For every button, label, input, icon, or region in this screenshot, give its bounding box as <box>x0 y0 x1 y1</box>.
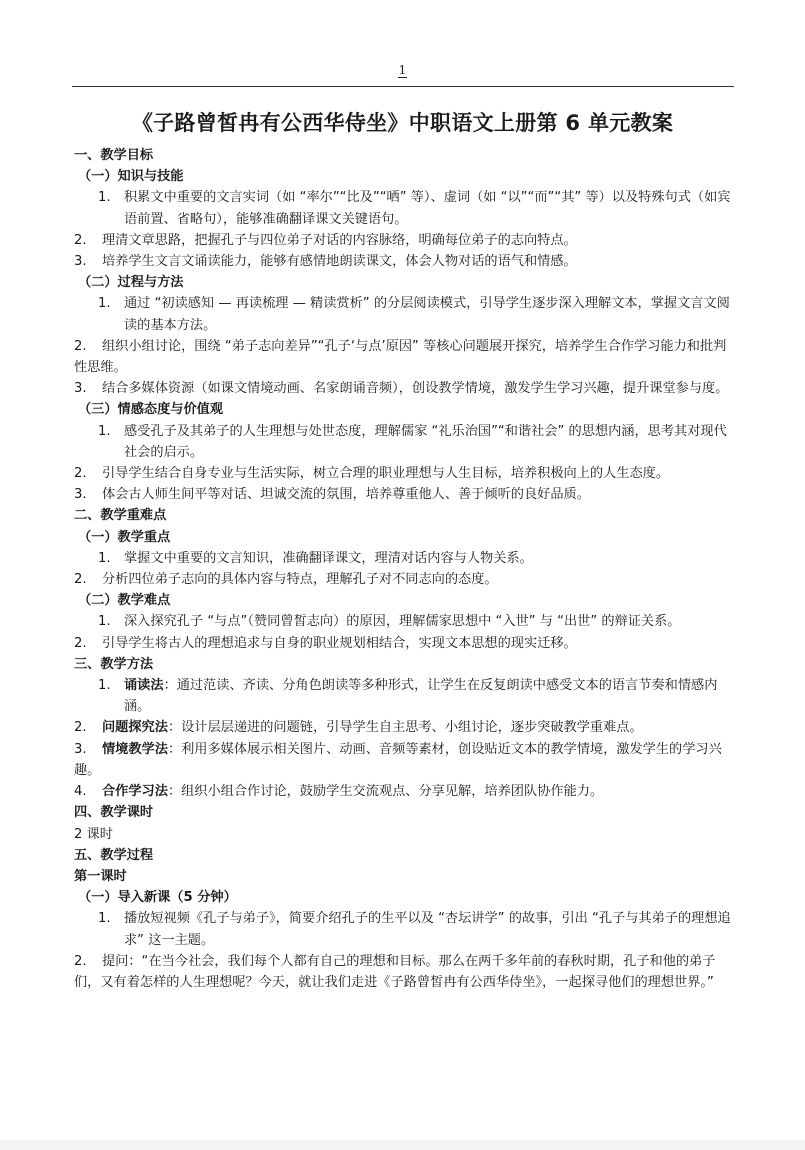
list-item: 2.分析四位弟子志向的具体内容与特点，理解孔子对不同志向的态度。 <box>74 569 734 590</box>
list-item: 3.结合多媒体资源（如课文情境动画、名家朗诵音频），创设教学情境，激发学生学习兴… <box>74 378 734 399</box>
list-text: 培养学生文言文诵读能力，能够有感情地朗读课文，体会人物对话的语气和情感。 <box>102 254 577 269</box>
subheading-knowledge-skills: （一）知识与技能 <box>74 166 734 187</box>
list-item: 1.播放短视频《孔子与弟子》，简要介绍孔子的生平以及 “杏坛讲学” 的故事，引出… <box>74 908 734 950</box>
method-term: 问题探究法 <box>102 720 168 735</box>
list-number: 2. <box>74 633 87 654</box>
list-item: 1.深入探究孔子 “与点”（赞同曾皙志向）的原因，理解儒家思想中 “入世” 与 … <box>74 611 734 632</box>
class-hours-value: 2 课时 <box>74 824 734 845</box>
list-text: ：组织小组合作讨论，鼓励学生交流观点、分享见解，培养团队协作能力。 <box>168 784 603 799</box>
subheading-process-methods: （二）过程与方法 <box>74 272 734 293</box>
method-term: 情境教学法 <box>102 742 168 757</box>
list-text: 积累文中重要的文言实词（如 “率尔”“比及”“哂” 等）、虚词（如 “以”“而”… <box>124 190 730 226</box>
section-heading-teaching-methods: 三、教学方法 <box>74 654 734 675</box>
list-item: 3.情境教学法：利用多媒体展示相关图片、动画、音频等素材，创设贴近文本的教学情境… <box>74 739 734 781</box>
subheading-key-points: （一）教学重点 <box>74 527 734 548</box>
list-item: 2.引导学生将古人的理想追求与自身的职业规划相结合，实现文本思想的现实迁移。 <box>74 633 734 654</box>
list-text: 引导学生结合自身专业与生活实际，树立合理的职业理想与人生目标，培养积极向上的人生… <box>102 466 669 481</box>
section-heading-teaching-process: 五、教学过程 <box>74 845 734 866</box>
list-text: 感受孔子及其弟子的人生理想与处世态度，理解儒家 “礼乐治国”“和谐社会” 的思想… <box>124 424 727 460</box>
list-number: 1. <box>98 187 111 208</box>
list-item: 1.诵读法：通过范读、齐读、分角色朗读等多种形式，让学生在反复朗读中感受文本的语… <box>74 675 734 717</box>
list-text: 结合多媒体资源（如课文情境动画、名家朗诵音频），创设教学情境，激发学生学习兴趣，… <box>102 381 728 396</box>
list-number: 2. <box>74 951 87 972</box>
list-item: 3.培养学生文言文诵读能力，能够有感情地朗读课文，体会人物对话的语气和情感。 <box>74 251 734 272</box>
section-heading-objectives: 一、教学目标 <box>74 145 734 166</box>
list-number: 1. <box>98 908 111 929</box>
list-number: 2. <box>74 336 87 357</box>
list-text: 引导学生将古人的理想追求与自身的职业规划相结合，实现文本思想的现实迁移。 <box>102 636 577 651</box>
list-item: 2.组织小组讨论，围绕 “弟子志向差异”“孔子‘与点’原因” 等核心问题展开探究… <box>74 336 734 378</box>
subheading-difficult-points: （二）教学难点 <box>74 590 734 611</box>
list-text: ：通过范读、齐读、分角色朗读等多种形式，让学生在反复朗读中感受文本的语言节奏和情… <box>124 678 717 714</box>
list-text: 通过 “初读感知 — 再读梳理 — 精读赏析” 的分层阅读模式，引导学生逐步深入… <box>124 296 730 332</box>
lesson-heading: 第一课时 <box>74 866 734 887</box>
list-item: 1.积累文中重要的文言实词（如 “率尔”“比及”“哂” 等）、虚词（如 “以”“… <box>74 187 734 229</box>
list-text: 体会古人师生间平等对话、坦诚交流的氛围，培养尊重他人、善于倾听的良好品质。 <box>102 487 590 502</box>
subheading-introduction: （一）导入新课（5 分钟） <box>74 887 734 908</box>
list-text: 组织小组讨论，围绕 “弟子志向差异”“孔子‘与点’原因” 等核心问题展开探究，培… <box>74 339 726 375</box>
list-number: 1. <box>98 548 111 569</box>
subheading-attitudes-values: （三）情感态度与价值观 <box>74 399 734 420</box>
method-term: 合作学习法 <box>102 784 168 799</box>
list-text: 掌握文中重要的文言知识，准确翻译课文，理清对话内容与人物关系。 <box>124 551 533 566</box>
document-title: 《子路曾皙冉有公西华侍坐》中职语文上册第 6 单元教案 <box>0 107 805 137</box>
list-item: 2.问题探究法：设计层层递进的问题链，引导学生自主思考、小组讨论，逐步突破教学重… <box>74 717 734 738</box>
list-number: 3. <box>74 484 87 505</box>
list-text: 分析四位弟子志向的具体内容与特点，理解孔子对不同志向的态度。 <box>102 572 498 587</box>
method-term: 诵读法 <box>124 678 164 693</box>
list-number: 3. <box>74 251 87 272</box>
section-heading-class-hours: 四、教学课时 <box>74 802 734 823</box>
document-page: 1 《子路曾皙冉有公西华侍坐》中职语文上册第 6 单元教案 一、教学目标 （一）… <box>0 0 805 1140</box>
list-number: 2. <box>74 230 87 251</box>
list-text: 提问：“在当今社会，我们每个人都有自己的理想和目标。那么在两千多年前的春秋时期，… <box>74 954 715 990</box>
list-text: 理清文章思路，把握孔子与四位弟子对话的内容脉络，明确每位弟子的志向特点。 <box>102 233 577 248</box>
list-item: 1.感受孔子及其弟子的人生理想与处世态度，理解儒家 “礼乐治国”“和谐社会” 的… <box>74 421 734 463</box>
document-body: 一、教学目标 （一）知识与技能 1.积累文中重要的文言实词（如 “率尔”“比及”… <box>74 145 734 993</box>
list-text: 播放短视频《孔子与弟子》，简要介绍孔子的生平以及 “杏坛讲学” 的故事，引出 “… <box>124 911 731 947</box>
list-number: 2. <box>74 717 87 738</box>
list-item: 3.体会古人师生间平等对话、坦诚交流的氛围，培养尊重他人、善于倾听的良好品质。 <box>74 484 734 505</box>
list-number: 1. <box>98 675 111 696</box>
page-number: 1 <box>0 63 805 77</box>
list-number: 2. <box>74 463 87 484</box>
list-number: 1. <box>98 421 111 442</box>
list-item: 1.掌握文中重要的文言知识，准确翻译课文，理清对话内容与人物关系。 <box>74 548 734 569</box>
list-number: 3. <box>74 739 87 760</box>
list-item: 4.合作学习法：组织小组合作讨论，鼓励学生交流观点、分享见解，培养团队协作能力。 <box>74 781 734 802</box>
list-text: ：设计层层递进的问题链，引导学生自主思考、小组讨论，逐步突破教学重难点。 <box>168 720 643 735</box>
page-number-text: 1 <box>398 63 408 78</box>
header-rule <box>72 86 734 87</box>
list-number: 3. <box>74 378 87 399</box>
list-number: 2. <box>74 569 87 590</box>
list-item: 1.通过 “初读感知 — 再读梳理 — 精读赏析” 的分层阅读模式，引导学生逐步… <box>74 293 734 335</box>
list-text: ：利用多媒体展示相关图片、动画、音频等素材，创设贴近文本的教学情境，激发学生的学… <box>74 742 722 778</box>
list-text: 深入探究孔子 “与点”（赞同曾皙志向）的原因，理解儒家思想中 “入世” 与 “出… <box>124 614 680 629</box>
list-item: 2.理清文章思路，把握孔子与四位弟子对话的内容脉络，明确每位弟子的志向特点。 <box>74 230 734 251</box>
list-number: 4. <box>74 781 87 802</box>
list-item: 2.提问：“在当今社会，我们每个人都有自己的理想和目标。那么在两千多年前的春秋时… <box>74 951 734 993</box>
list-number: 1. <box>98 611 111 632</box>
list-number: 1. <box>98 293 111 314</box>
section-heading-key-difficult-points: 二、教学重难点 <box>74 505 734 526</box>
list-item: 2.引导学生结合自身专业与生活实际，树立合理的职业理想与人生目标，培养积极向上的… <box>74 463 734 484</box>
